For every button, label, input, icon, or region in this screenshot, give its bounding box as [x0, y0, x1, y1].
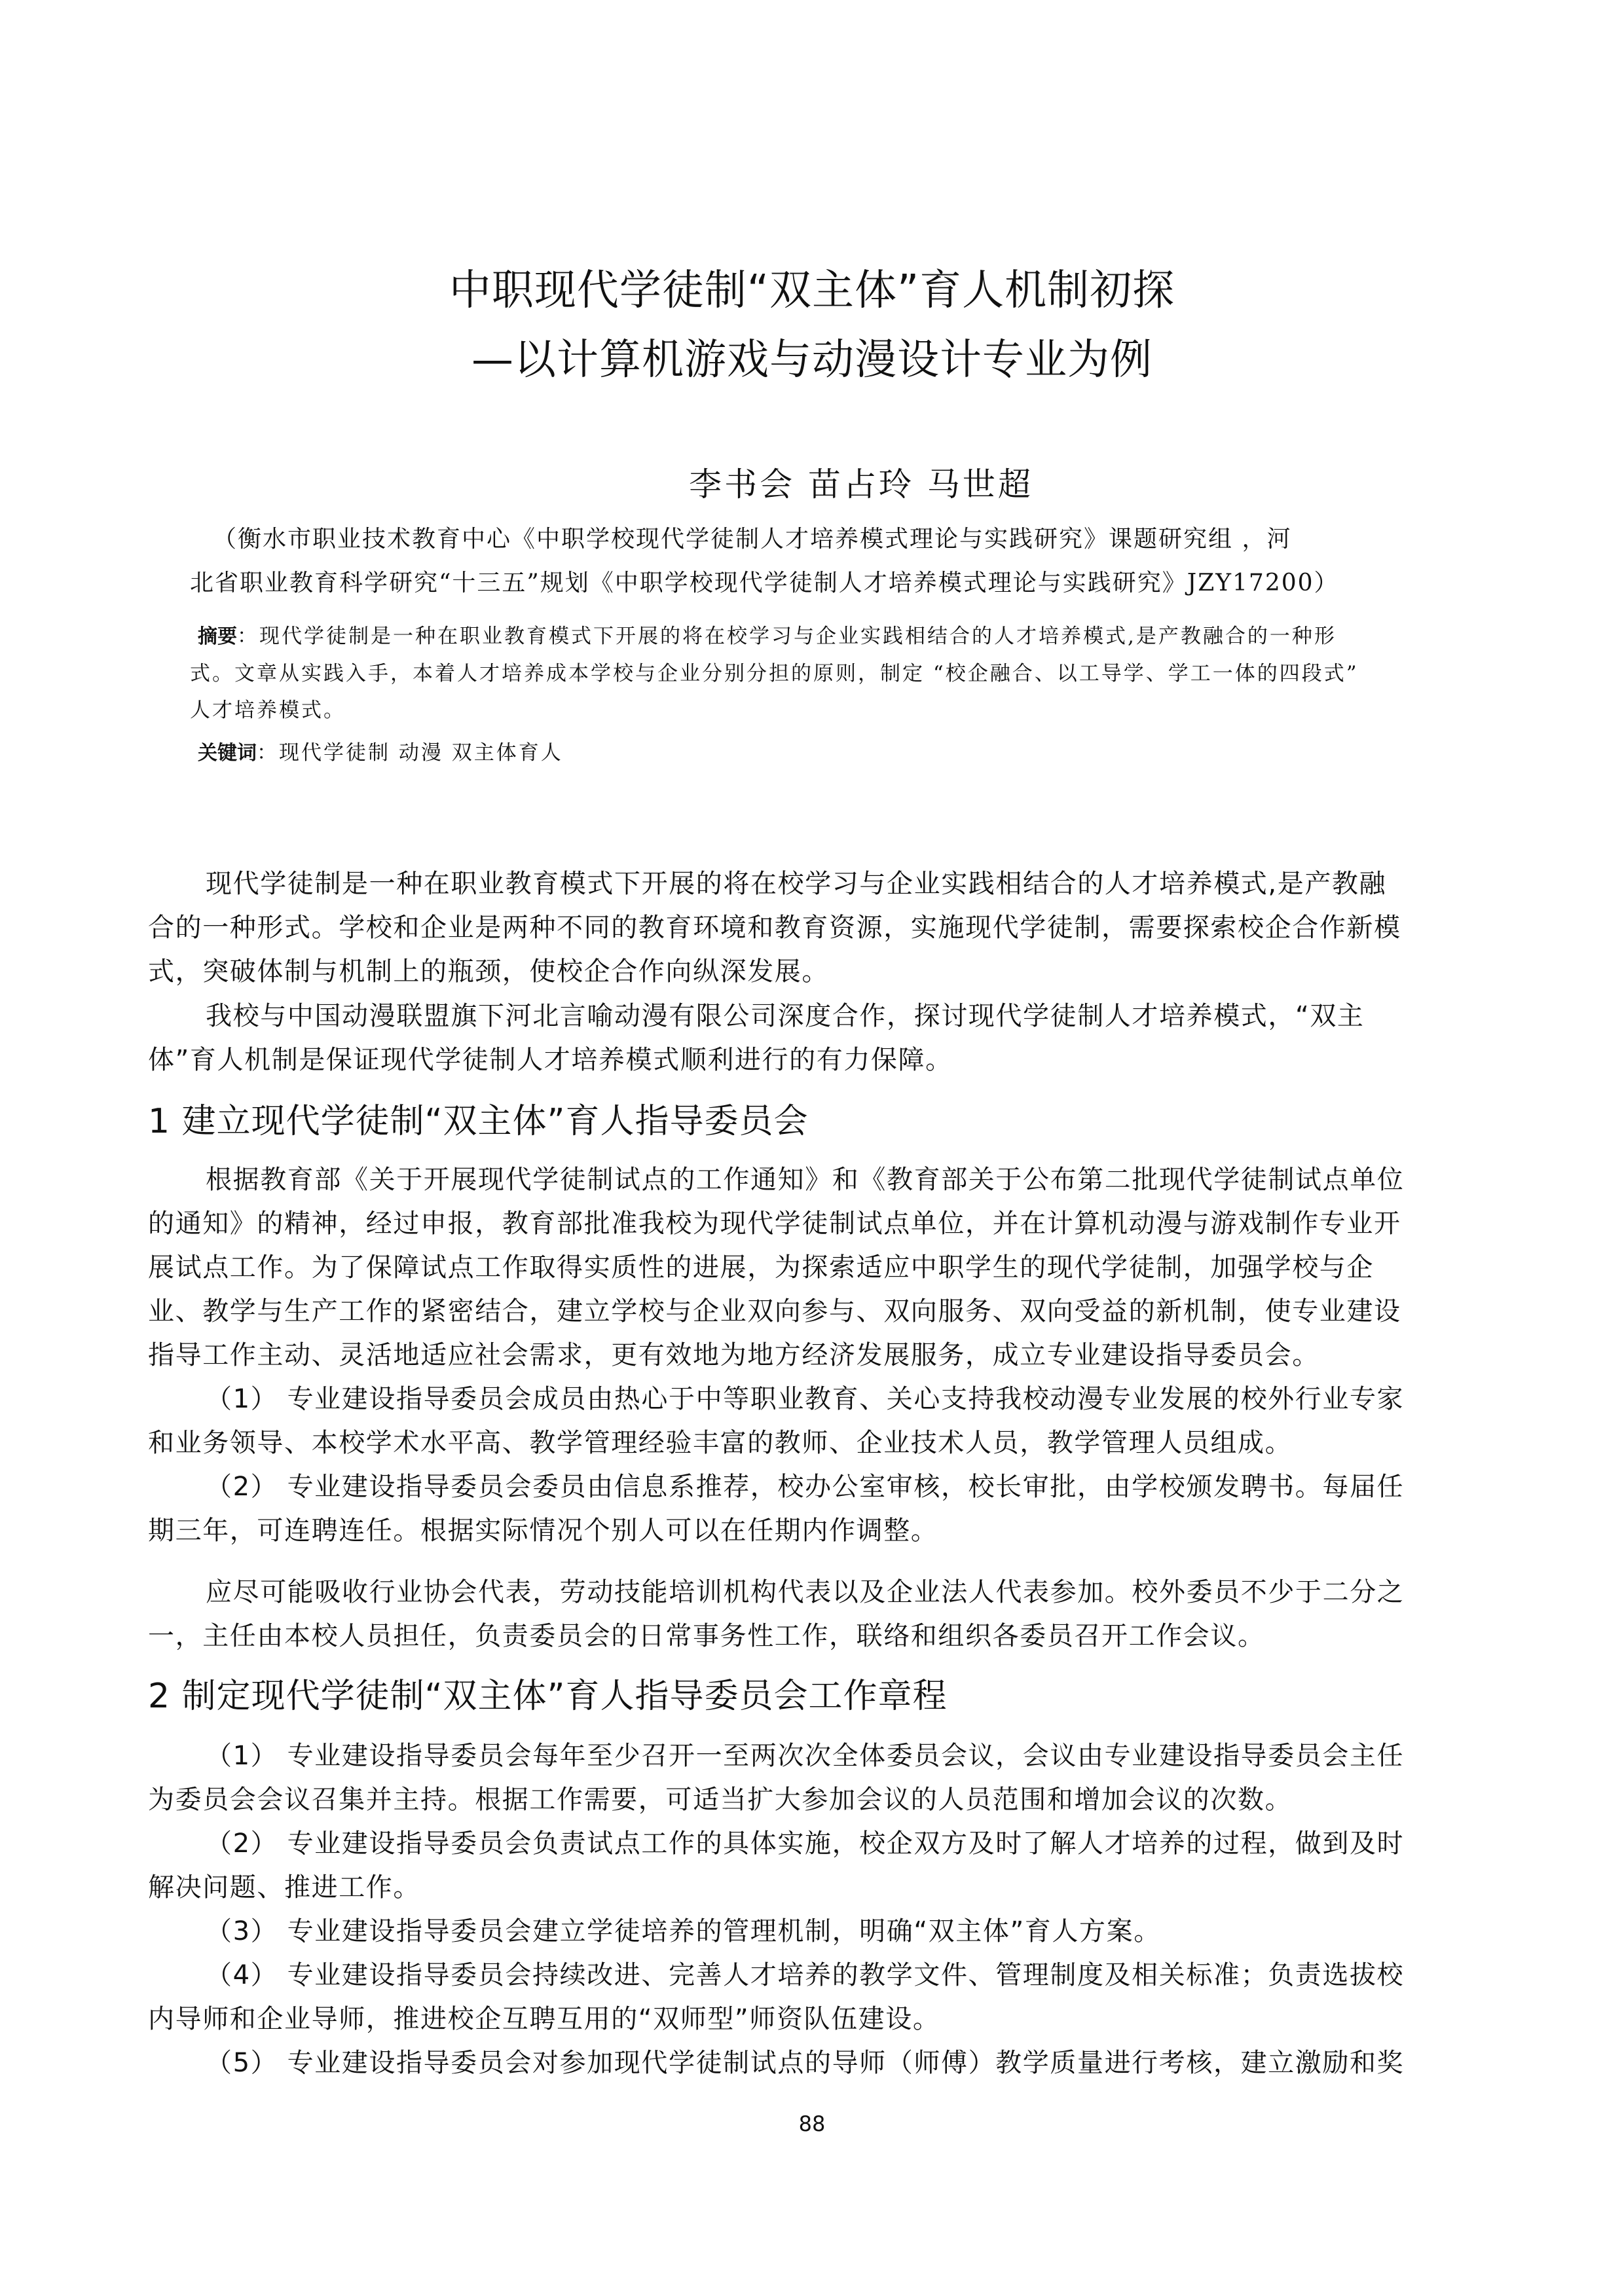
abstract-label: 摘要	[198, 625, 237, 648]
section-heading-1: 1 建立现代学徒制“双主体”育人指导委员会	[148, 1093, 809, 1142]
affiliation-line-2: 北省职业教育科学研究“十三五”规划《中职学校现代学徒制人才培养模式理论与实践研究…	[190, 561, 1473, 605]
affiliation-line-1: （衡水市职业技术教育中心《中职学校现代学徒制人才培养模式理论与实践研究》课题研究…	[213, 517, 1473, 561]
body-line: 现代学徒制是一种在职业教育模式下开展的将在校学习与企业实践相结合的人才培养模式,…	[206, 863, 1386, 900]
keywords-text: ：现代学徒制 动漫 双主体育人	[257, 741, 563, 765]
body-line: 根据教育部《关于开展现代学徒制试点的工作通知》和《教育部关于公布第二批现代学徒制…	[206, 1159, 1404, 1196]
abstract-line-2: 式。文章从实践入手，本着人才培养成本学校与企业分别分担的原则，制定 “校企融合、…	[190, 656, 1473, 692]
keywords-label: 关键词	[198, 742, 257, 765]
list-item: （3） 专业建设指导委员会建立学徒培养的管理机制，明确“双主体”育人方案。	[206, 1910, 1161, 1948]
section-heading-2: 2 制定现代学徒制“双主体”育人指导委员会工作章程	[148, 1668, 948, 1717]
paper-title: 中职现代学徒制“双主体”育人机制初探	[0, 257, 1624, 317]
keywords: 关键词：现代学徒制 动漫 双主体育人	[198, 735, 1481, 771]
body-line: 式，突破体制与机制上的瓶颈，使校企合作向纵深发展。	[148, 951, 829, 988]
body-line: 指导工作主动、灵活地适应社会需求，更有效地为地方经济发展服务，成立专业建设指导委…	[148, 1334, 1319, 1372]
abstract-line-3: 人才培养模式。	[190, 693, 1473, 729]
list-item: 为委员会会议召集并主持。根据工作需要，可适当扩大参加会议的人员范围和增加会议的次…	[148, 1779, 1292, 1816]
body-line: 一，主任由本校人员担任，负责委员会的日常事务性工作，联络和组织各委员召开工作会议…	[148, 1615, 1265, 1652]
list-item: （2） 专业建设指导委员会负责试点工作的具体实施，校企双方及时了解人才培养的过程…	[206, 1823, 1404, 1860]
author-list: 李书会 苗占玲 马世超	[0, 458, 1624, 505]
page-number: 88	[0, 2111, 1624, 2136]
list-item: （5） 专业建设指导委员会对参加现代学徒制试点的导师（师傅）教学质量进行考核，建…	[206, 2042, 1404, 2079]
list-item: 解决问题、推进工作。	[148, 1867, 420, 1904]
list-item: 和业务领导、本校学术水平高、教学管理经验丰富的教师、企业技术人员，教学管理人员组…	[148, 1422, 1292, 1459]
abstract-line-1: 摘要：现代学徒制是一种在职业教育模式下开展的将在校学习与企业实践相结合的人才培养…	[198, 619, 1481, 655]
abstract-text: ：现代学徒制是一种在职业教育模式下开展的将在校学习与企业实践相结合的人才培养模式…	[237, 625, 1337, 648]
body-line: 应尽可能吸收行业协会代表，劳动技能培训机构代表以及企业法人代表参加。校外委员不少…	[206, 1571, 1404, 1609]
body-line: 我校与中国动漫联盟旗下河北言喻动漫有限公司深度合作，探讨现代学徒制人才培养模式，…	[206, 995, 1365, 1032]
list-item: 期三年，可连聘连任。根据实际情况个别人可以在任期内作调整。	[148, 1510, 938, 1547]
body-line: 展试点工作。为了保障试点工作取得实质性的进展，为探索适应中职学生的现代学徒制，加…	[148, 1247, 1374, 1284]
list-item: 内导师和企业导师，推进校企互聘互用的“双师型”师资队伍建设。	[148, 1998, 940, 2035]
list-item: （4） 专业建设指导委员会持续改进、完善人才培养的教学文件、管理制度及相关标准；…	[206, 1954, 1404, 1992]
body-line: 的通知》的精神，经过申报，教育部批准我校为现代学徒制试点单位，并在计算机动漫与游…	[148, 1203, 1401, 1240]
list-item: （1） 专业建设指导委员会每年至少召开一至两次次全体委员会议，会议由专业建设指导…	[206, 1735, 1404, 1772]
document-page: 中职现代学徒制“双主体”育人机制初探 —以计算机游戏与动漫设计专业为例 李书会 …	[0, 0, 1624, 2296]
list-item: （1） 专业建设指导委员会成员由热心于中等职业教育、关心支持我校动漫专业发展的校…	[206, 1378, 1404, 1415]
body-line: 业、教学与生产工作的紧密结合，建立学校与企业双向参与、双向服务、双向受益的新机制…	[148, 1290, 1401, 1328]
paper-subtitle: —以计算机游戏与动漫设计专业为例	[0, 326, 1624, 386]
body-line: 体”育人机制是保证现代学徒制人才培养模式顺利进行的有力保障。	[148, 1039, 953, 1076]
list-item: （2） 专业建设指导委员会委员由信息系推荐，校办公室审核，校长审批，由学校颁发聘…	[206, 1466, 1404, 1503]
body-line: 合的一种形式。学校和企业是两种不同的教育环境和教育资源，实施现代学徒制，需要探索…	[148, 907, 1401, 944]
